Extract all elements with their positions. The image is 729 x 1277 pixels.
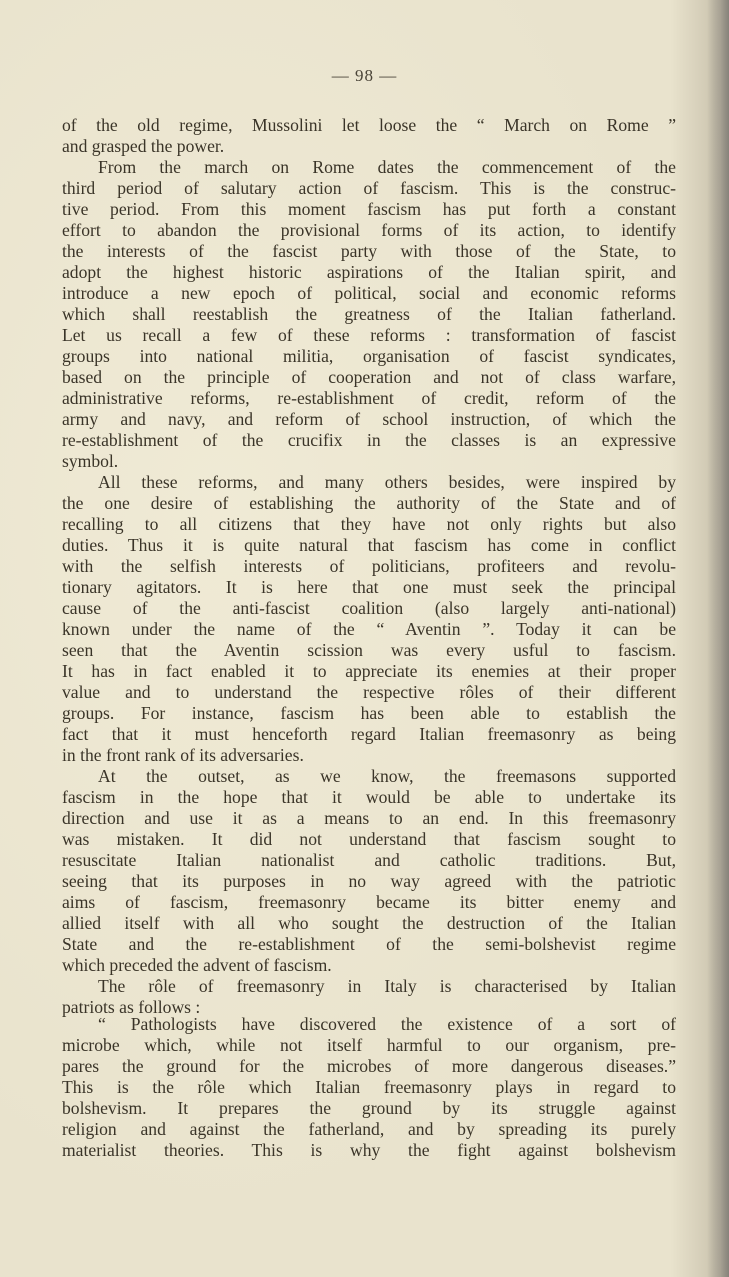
book-page: — 98 — of the old regime, Mussolini let … — [0, 0, 729, 1277]
body-text: of the old regime, Mussolini let loose t… — [62, 115, 676, 1018]
text-line: symbol. — [62, 451, 676, 472]
text-line: administrative reforms, re-establishment… — [62, 388, 676, 409]
text-line: introduce a new epoch of political, soci… — [62, 283, 676, 304]
text-line: allied itself with all who sought the de… — [62, 913, 676, 934]
text-line: was mistaken. It did not understand that… — [62, 829, 676, 850]
text-line: in the front rank of its adversaries. — [62, 745, 676, 766]
text-line: fact that it must henceforth regard Ital… — [62, 724, 676, 745]
text-line: duties. Thus it is quite natural that fa… — [62, 535, 676, 556]
text-line: groups. For instance, fascism has been a… — [62, 703, 676, 724]
text-line: which shall reestablish the greatness of… — [62, 304, 676, 325]
text-line: State and the re-establishment of the se… — [62, 934, 676, 955]
text-line: the interests of the fascist party with … — [62, 241, 676, 262]
text-line: with the selfish interests of politician… — [62, 556, 676, 577]
text-line: At the outset, as we know, the freemason… — [62, 766, 676, 787]
text-line: direction and use it as a means to an en… — [62, 808, 676, 829]
text-line: religion and against the fatherland, and… — [62, 1119, 676, 1140]
text-line: army and navy, and reform of school inst… — [62, 409, 676, 430]
text-line: Let us recall a few of these reforms : t… — [62, 325, 676, 346]
text-line: pares the ground for the microbes of mor… — [62, 1056, 676, 1077]
text-line: The rôle of freemasonry in Italy is char… — [62, 976, 676, 997]
text-line: seeing that its purposes in no way agree… — [62, 871, 676, 892]
text-line: resuscitate Italian nationalist and cath… — [62, 850, 676, 871]
text-line: fascism in the hope that it would be abl… — [62, 787, 676, 808]
text-line: the one desire of establishing the autho… — [62, 493, 676, 514]
text-line: bolshevism. It prepares the ground by it… — [62, 1098, 676, 1119]
text-line: tionary agitators. It is here that one m… — [62, 577, 676, 598]
text-line: based on the principle of cooperation an… — [62, 367, 676, 388]
text-line: “ Pathologists have discovered the exist… — [62, 1014, 676, 1035]
text-line: re-establishment of the crucifix in the … — [62, 430, 676, 451]
text-line: recalling to all citizens that they have… — [62, 514, 676, 535]
page-number: — 98 — — [0, 66, 729, 86]
text-line: It has in fact enabled it to appreciate … — [62, 661, 676, 682]
text-line: effort to abandon the provisional forms … — [62, 220, 676, 241]
text-line: This is the rôle which Italian freemason… — [62, 1077, 676, 1098]
text-line: adopt the highest historic aspirations o… — [62, 262, 676, 283]
quoted-passage: “ Pathologists have discovered the exist… — [62, 1014, 676, 1161]
text-line: microbe which, while not itself harmful … — [62, 1035, 676, 1056]
text-line: and grasped the power. — [62, 136, 676, 157]
text-line: which preceded the advent of fascism. — [62, 955, 676, 976]
text-line: groups into national militia, organisati… — [62, 346, 676, 367]
text-line: tive period. From this moment fascism ha… — [62, 199, 676, 220]
text-line: of the old regime, Mussolini let loose t… — [62, 115, 676, 136]
text-line: third period of salutary action of fasci… — [62, 178, 676, 199]
text-line: seen that the Aventin scission was every… — [62, 640, 676, 661]
text-line: From the march on Rome dates the commenc… — [62, 157, 676, 178]
text-line: materialist theories. This is why the fi… — [62, 1140, 676, 1161]
text-line: cause of the anti-fascist coalition (als… — [62, 598, 676, 619]
page-edge-shadow — [707, 0, 729, 1277]
text-line: value and to understand the respective r… — [62, 682, 676, 703]
text-line: known under the name of the “ Aventin ”.… — [62, 619, 676, 640]
text-line: aims of fascism, freemasonry became its … — [62, 892, 676, 913]
text-line: All these reforms, and many others besid… — [62, 472, 676, 493]
